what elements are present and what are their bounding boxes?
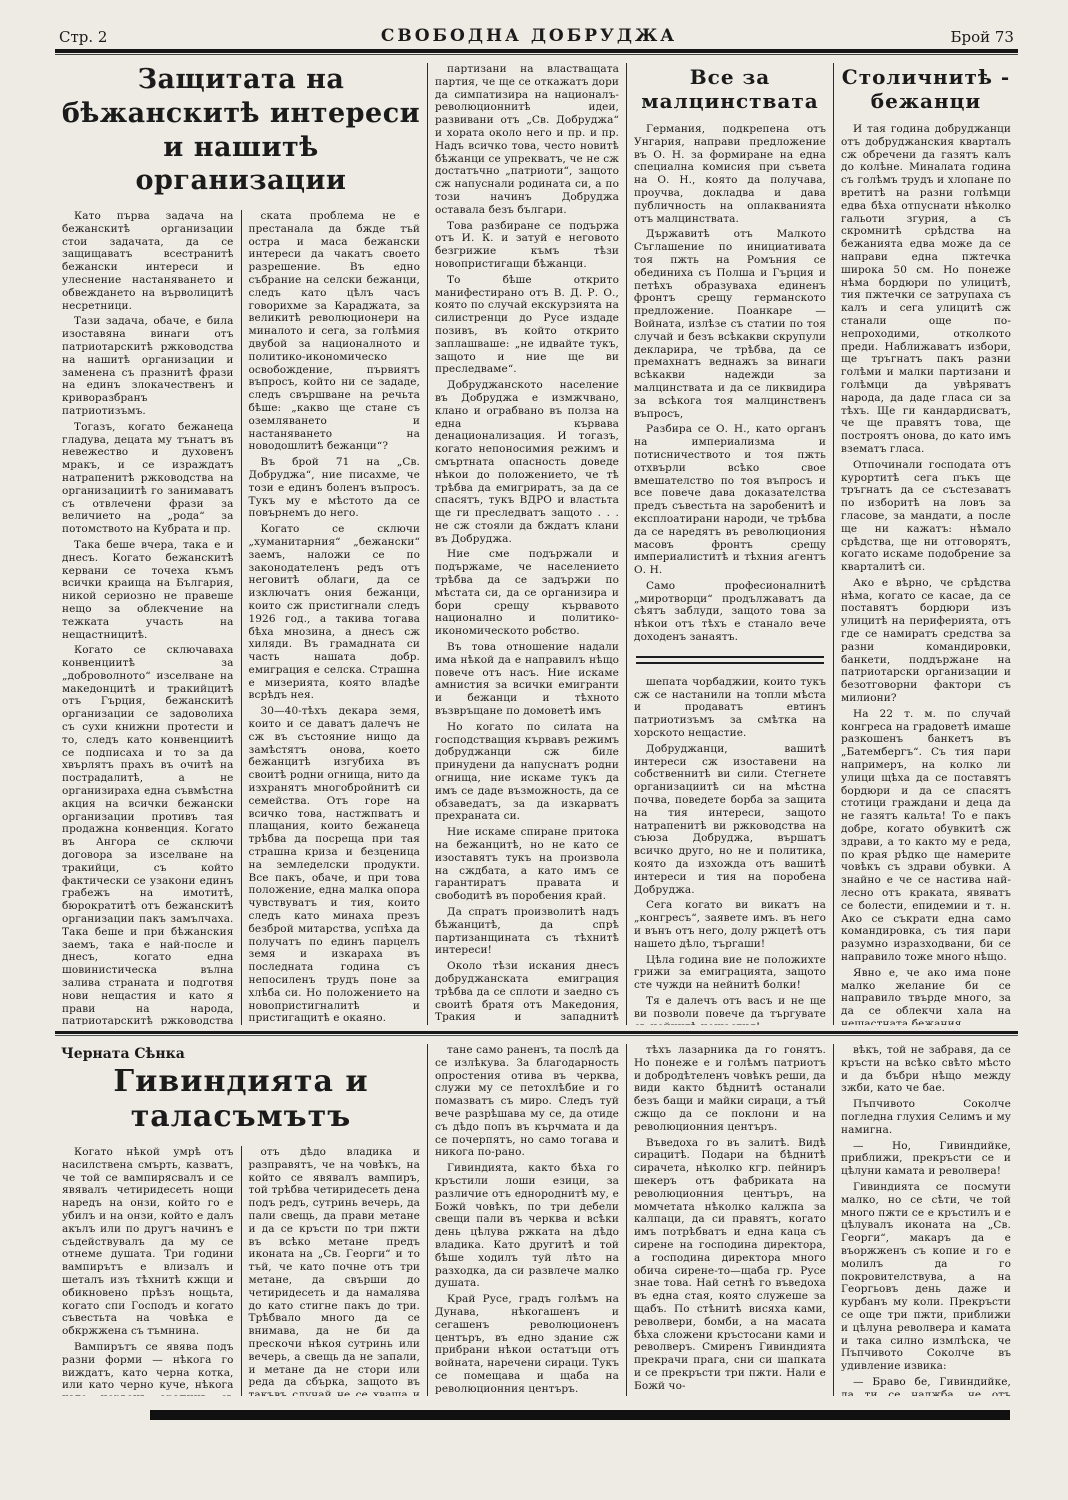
refugees-column-3: партизани на властващата партия, че ще с… (427, 63, 626, 1025)
paragraph: Но когато по силата на господстващия кър… (435, 721, 619, 823)
refugees-column-1: Като първа задача на бежанскитѣ организа… (55, 210, 241, 1025)
minorities-article-body: Германия, подкрепена отъ Унгария, направ… (634, 123, 826, 644)
paragraph: — Браво бе, Гивиндийке, да ти се наджба,… (841, 1376, 1011, 1396)
paragraph: Въ брой 71 на „Св. Добруджа“, ние писахм… (249, 456, 421, 520)
paragraph: Тази задача, обаче, е била изоставяна ви… (62, 315, 234, 417)
paragraph: Държавитѣ отъ Малкото Съглашение по иниц… (634, 228, 826, 420)
refugees-column-2: ската проблема не е престанала да бжде т… (241, 210, 428, 1025)
paragraph: Сега когато ви викатъ на „конгресъ“, зая… (634, 899, 826, 950)
capital-refugees-title: Столичнитѣ - бежанци (841, 65, 1011, 113)
paragraph: На 22 т. м. по случай конгреса на градов… (841, 708, 1011, 964)
paragraph: Около тѣзи искания днесъ добруджанската … (435, 960, 619, 1025)
feuilleton-column-3: тане само раненъ, та послѣ да се излѣкув… (427, 1044, 626, 1396)
header-rule (55, 49, 1018, 55)
capital-refugees-article: Столичнитѣ - бежанци И тая година добруд… (833, 63, 1018, 1025)
paragraph: 30—40-тѣхъ декара земя, които и се дават… (249, 705, 421, 1025)
paragraph: — Но, Гивиндийке, приближи, прекръсти се… (841, 1140, 1011, 1178)
paragraph: Гивиндията, както бѣха го кръстили лоши … (435, 1162, 619, 1290)
paragraph: ската проблема не е престанала да бжде т… (249, 210, 421, 453)
feuilleton-column-5: вѣкъ, той не забравя, да се кръсти на вс… (833, 1044, 1018, 1396)
article-divider-rule (636, 656, 824, 664)
page-header: Стр. 2 СВОБОДНА ДОБРУДЖА Брой 73 (55, 26, 1018, 49)
refugees-article-title: Защитата на бѣжанскитѣ интереси и нашитѣ… (55, 63, 427, 198)
feuilleton-column-2: отъ дѣдо владика и разправятъ, че на чов… (241, 1146, 428, 1396)
capital-refugees-body: И тая година добруджанци отъ добруджанск… (841, 123, 1011, 1025)
paragraph: Разбира се О. Н., като органъ на империа… (634, 423, 826, 577)
paragraph: отъ дѣдо владика и разправятъ, че на чов… (249, 1146, 421, 1396)
paragraph: шепата чорбаджии, които тукъ сж се наста… (634, 676, 826, 740)
refugees-article-ending: шепата чорбаджии, които тукъ сж се наста… (634, 676, 826, 1025)
paragraph: Тогазъ, когато бежанеца гладува, децата … (62, 421, 234, 536)
paragraph: Тя е далечъ отъ васъ и не ще ви позволи … (634, 995, 826, 1025)
paragraph: Явно е, че ако има поне малко желание би… (841, 967, 1011, 1025)
paragraph: Да спратъ произволитѣ надъ бѣжанцитѣ, да… (435, 906, 619, 957)
paragraph: вѣкъ, той не забравя, да се кръсти на вс… (841, 1044, 1011, 1095)
issue-number: Брой 73 (950, 28, 1014, 46)
feuilleton-column-4: тѣхъ лазарника да го гонятъ. Но понеже е… (626, 1044, 833, 1396)
paragraph: Вампирътъ се явява подъ разни форми — нѣ… (62, 1341, 234, 1396)
feuilleton-column-1: Когато нѣкой умрѣ отъ насилствена смърть… (55, 1146, 241, 1396)
paragraph: тѣхъ лазарника да го гонятъ. Но понеже е… (634, 1044, 826, 1134)
title-line-1: Защитата на бѣжанскитѣ интереси (62, 64, 420, 129)
paragraph: Така беше вчера, така е и днесъ. Когато … (62, 539, 234, 641)
top-section: Защитата на бѣжанскитѣ интереси и нашитѣ… (55, 63, 1018, 1025)
paragraph: Въ това отношение надали има нѣкой да е … (435, 641, 619, 718)
paragraph: То бѣше открито манифестирано отъ В. Д. … (435, 274, 619, 376)
paragraph: Германия, подкрепена отъ Унгария, направ… (634, 123, 826, 225)
paragraph: Край Русе, градъ голѣмъ на Дунава, нѣког… (435, 1293, 619, 1395)
paragraph: Когато се сключи „хуманитарния“ „бежанск… (249, 523, 421, 702)
paragraph: Добруджанци, вашитѣ интереси сж изоставе… (634, 743, 826, 897)
feuilleton-head-block: Черната Сѣнка Гивиндията и таласъмътъ Ко… (55, 1044, 427, 1396)
masthead-title: СВОБОДНА ДОБРУДЖА (381, 26, 677, 46)
title-line-2: и нашитѣ организации (136, 132, 347, 197)
paragraph: Отпочинали господата отъ курортитѣ сега … (841, 459, 1011, 574)
paragraph: Това разбиране се подържа отъ И. К. и за… (435, 220, 619, 271)
paragraph: Ние искаме спиране притока на бежанцитѣ,… (435, 826, 619, 903)
section-divider-rule (55, 1031, 1018, 1036)
paragraph: Като първа задача на бежанскитѣ организа… (62, 210, 234, 312)
paragraph: Само професионалнитѣ „миротворци“ продъл… (634, 580, 826, 644)
paragraph: Цѣла година вие не положихте грижи за ем… (634, 954, 826, 992)
feuilleton-section: Черната Сѣнка Гивиндията и таласъмътъ Ко… (55, 1044, 1018, 1396)
paragraph: Въведоха го въ залитѣ. Видѣ сирацитѣ. По… (634, 1137, 826, 1393)
paragraph: И тая година добруджанци отъ добруджанск… (841, 123, 1011, 456)
refugees-article-columns: Като първа задача на бежанскитѣ организа… (55, 210, 427, 1025)
minorities-article-title: Все за малцинствата (634, 65, 826, 113)
paragraph: Добруджанското население въ Добруджа е и… (435, 379, 619, 545)
paragraph: Когато се сключаваха конвенциитѣ за „доб… (62, 644, 234, 1025)
page-number: Стр. 2 (59, 28, 107, 46)
paragraph: Гивиндията се посмути малко, но се сѣти,… (841, 1181, 1011, 1373)
paragraph: Пъпчивото Соколче погледна глухия Селимъ… (841, 1098, 1011, 1136)
paragraph: Когато нѣкой умрѣ отъ насилствена смърть… (62, 1146, 234, 1338)
column-4: Все за малцинствата Германия, подкрепена… (626, 63, 833, 1025)
refugees-article: Защитата на бѣжанскитѣ интереси и нашитѣ… (55, 63, 427, 1025)
newspaper-page: Стр. 2 СВОБОДНА ДОБРУДЖА Брой 73 Защитат… (0, 0, 1068, 1420)
paragraph: тане само раненъ, та послѣ да се излѣкув… (435, 1044, 619, 1159)
paragraph: Ако е вѣрно, че срѣдства нѣма, когато се… (841, 577, 1011, 705)
paragraph: Ние сме подържали и подържаме, че населе… (435, 548, 619, 638)
paragraph: партизани на властващата партия, че ще с… (435, 63, 619, 217)
feuilleton-kicker: Черната Сѣнка (61, 1046, 427, 1062)
feuilleton-title: Гивиндията и таласъмътъ (55, 1064, 427, 1134)
feuilleton-columns-12: Когато нѣкой умрѣ отъ насилствена смърть… (55, 1146, 427, 1396)
page-bottom-bar (150, 1410, 1010, 1420)
